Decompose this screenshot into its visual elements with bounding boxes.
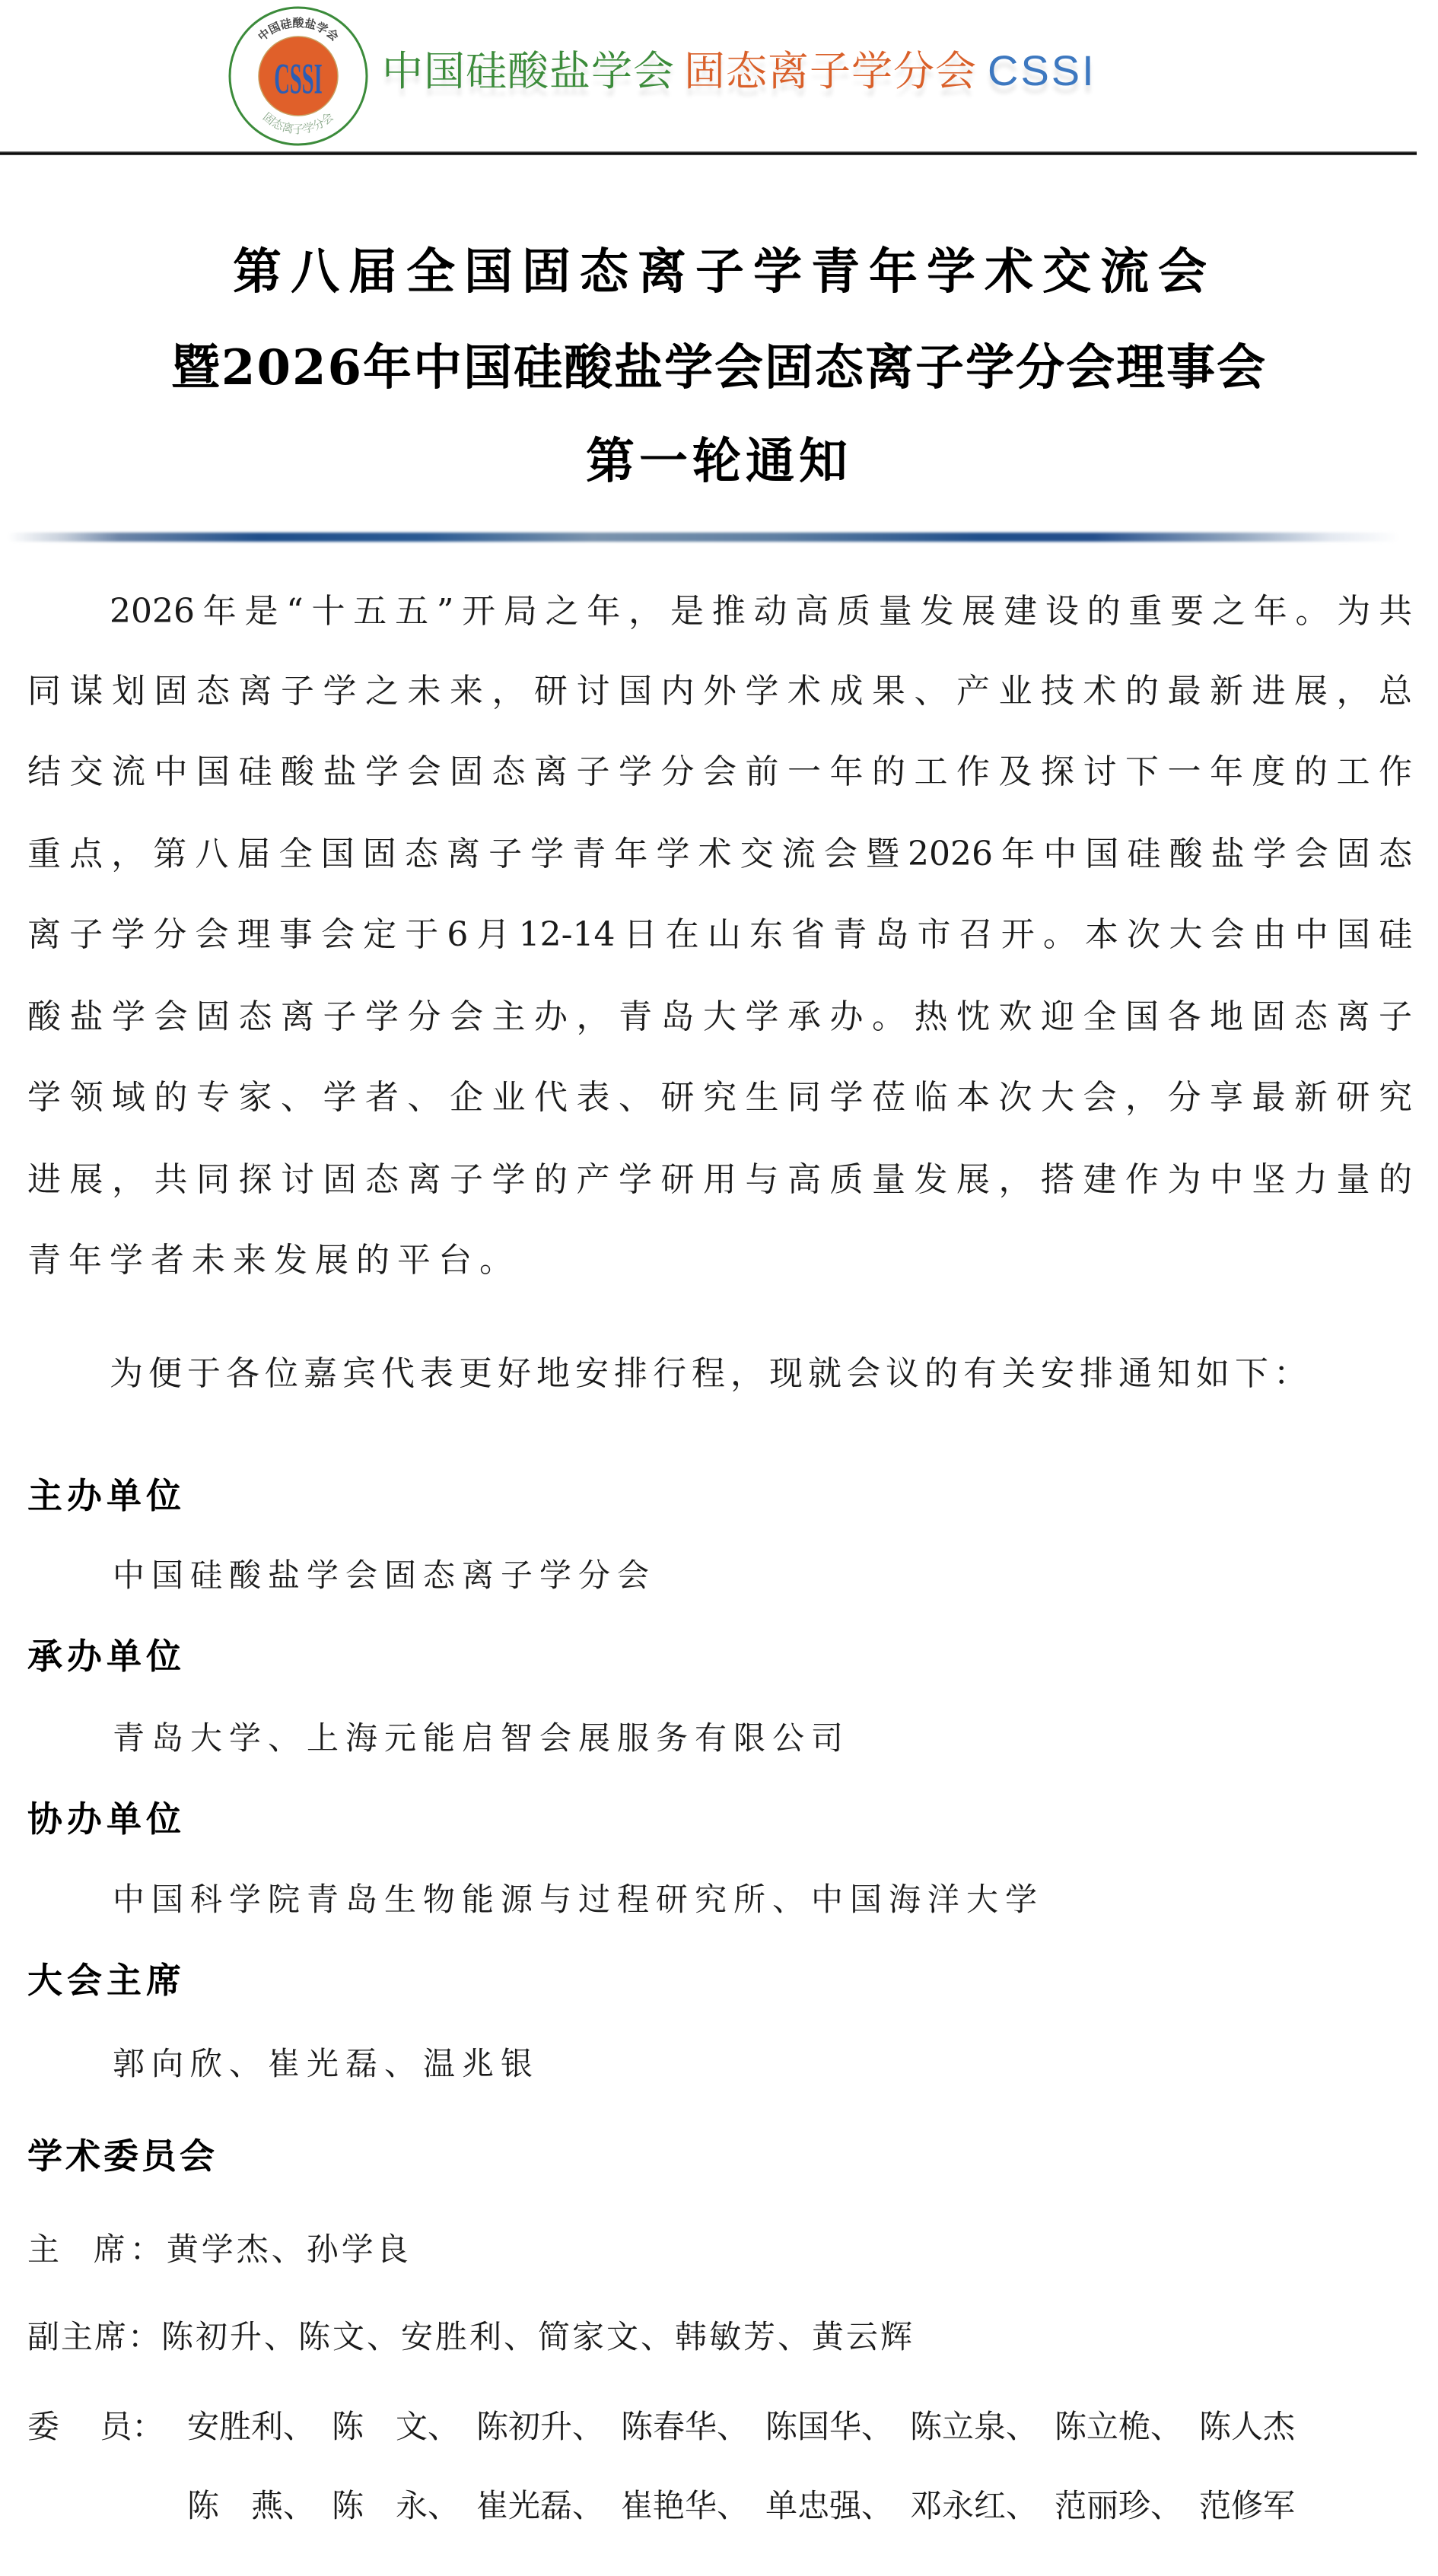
section-content-host: 青岛大学、上海元能启智会展服务有限公司 <box>113 1716 850 1761</box>
committee-member: 陈立桅、 <box>1055 2404 1199 2450</box>
org-name-abbrev: CSSI <box>988 46 1096 94</box>
title-divider <box>8 533 1400 542</box>
document-title-line-2: 暨2026年中国硅酸盐学会固态离子学分会理事会 <box>0 329 1438 399</box>
committee-member: 范丽珍、 <box>1055 2483 1199 2529</box>
committee-member: 范修军 <box>1199 2483 1344 2529</box>
committee-member: 陈初升、 <box>476 2404 621 2450</box>
committee-member: 陈人杰 <box>1199 2404 1344 2450</box>
committee-member: 陈 永、 <box>332 2483 476 2529</box>
committee-chairs-row: 主 席： 黄学杰、孙学良 <box>27 2227 412 2272</box>
organization-name: 中国硅酸盐学会固态离子学分会CSSI <box>382 44 1096 97</box>
arrangement-intro: 为便于各位嘉宾代表更好地安排行程，现就会议的有关安排通知如下： <box>110 1351 1312 1397</box>
org-name-society: 中国硅酸盐学会 <box>382 47 675 95</box>
paragraph-line: 同谋划固态离子学之未来，研讨国内外学术成果、产业技术的最新进展，总 <box>27 669 1412 714</box>
paragraph-line: 青年学者未来发展的平台。 <box>27 1238 1412 1283</box>
committee-members-row-2: 陈 燕、 陈 永、 崔光磊、 崔艳华、 单忠强、 邓永红、 范丽珍、 范修军 <box>187 2483 1344 2529</box>
section-content-conference-chairs: 郭向欣、崔光磊、温兆银 <box>113 2041 539 2087</box>
committee-chair-label: 主 席： <box>27 2227 167 2272</box>
committee-chairs: 黄学杰、孙学良 <box>167 2227 412 2272</box>
committee-member: 邓永红、 <box>910 2483 1055 2529</box>
section-heading-organizer: 主办单位 <box>27 1473 186 1519</box>
section-heading-conference-chairs: 大会主席 <box>27 1957 186 2003</box>
document-subtitle: 第一轮通知 <box>0 422 1438 492</box>
committee-member-label: 委 员： <box>27 2404 187 2450</box>
paragraph-line: 酸盐学会固态离子学分会主办，青岛大学承办。热忱欢迎全国各地固态离子 <box>27 994 1412 1040</box>
letterhead: CSSI 中国硅酸盐学会 固态离子学分会 中国硅酸盐学会固态离子学分会CSSI <box>0 0 1438 164</box>
org-name-branch: 固态离子学分会 <box>684 47 977 95</box>
document-title-line-1: 第八届全国固态离子学青年学术交流会 <box>0 233 1438 303</box>
committee-vice-chairs-row: 副主席： 陈初升、陈文、安胜利、简家文、韩敏芳、黄云辉 <box>27 2314 915 2360</box>
committee-vice-chair-label: 副主席： <box>27 2314 161 2360</box>
paragraph-line: 离子学分会理事会定于6月12-14日在山东省青岛市召开。本次大会由中国硅 <box>27 912 1412 958</box>
committee-member: 陈 燕、 <box>187 2483 332 2529</box>
section-heading-academic-committee: 学术委员会 <box>27 2133 218 2179</box>
section-heading-host: 承办单位 <box>27 1633 186 1679</box>
committee-member: 崔光磊、 <box>476 2483 621 2529</box>
committee-member: 单忠强、 <box>765 2483 910 2529</box>
committee-member: 崔艳华、 <box>621 2483 765 2529</box>
paragraph-line: 结交流中国硅酸盐学会固态离子学分会前一年的工作及探讨下一年度的工作 <box>27 749 1412 795</box>
section-content-organizer: 中国硅酸盐学会固态离子学分会 <box>113 1553 656 1598</box>
committee-member: 陈 文、 <box>332 2404 476 2450</box>
svg-text:CSSI: CSSI <box>274 55 322 103</box>
paragraph-line: 2026年是“十五五”开局之年，是推动高质量发展建设的重要之年。为共 <box>27 589 1412 634</box>
section-heading-co-organizer: 协办单位 <box>27 1796 186 1842</box>
committee-member: 陈立泉、 <box>910 2404 1055 2450</box>
committee-members-row-1: 委 员： 安胜利、 陈 文、 陈初升、 陈春华、 陈国华、 陈立泉、 陈立桅、 … <box>27 2404 1344 2450</box>
paragraph-line: 进展，共同探讨固态离子学的产学研用与高质量发展，搭建作为中坚力量的 <box>27 1157 1412 1203</box>
section-content-co-organizer: 中国科学院青岛生物能源与过程研究所、中国海洋大学 <box>113 1877 1044 1922</box>
committee-member: 安胜利、 <box>187 2404 332 2450</box>
paragraph-line: 学领域的专家、学者、企业代表、研究生同学莅临本次大会，分享最新研究 <box>27 1075 1412 1121</box>
committee-member: 陈春华、 <box>621 2404 765 2450</box>
paragraph-line: 重点，第八届全国固态离子学青年学术交流会暨2026年中国硅酸盐学会固态 <box>27 832 1412 877</box>
committee-member: 陈国华、 <box>765 2404 910 2450</box>
committee-vice-chairs: 陈初升、陈文、安胜利、简家文、韩敏芳、黄云辉 <box>161 2314 915 2360</box>
header-divider <box>0 151 1417 155</box>
cssi-logo-icon: CSSI 中国硅酸盐学会 固态离子学分会 <box>226 5 371 148</box>
